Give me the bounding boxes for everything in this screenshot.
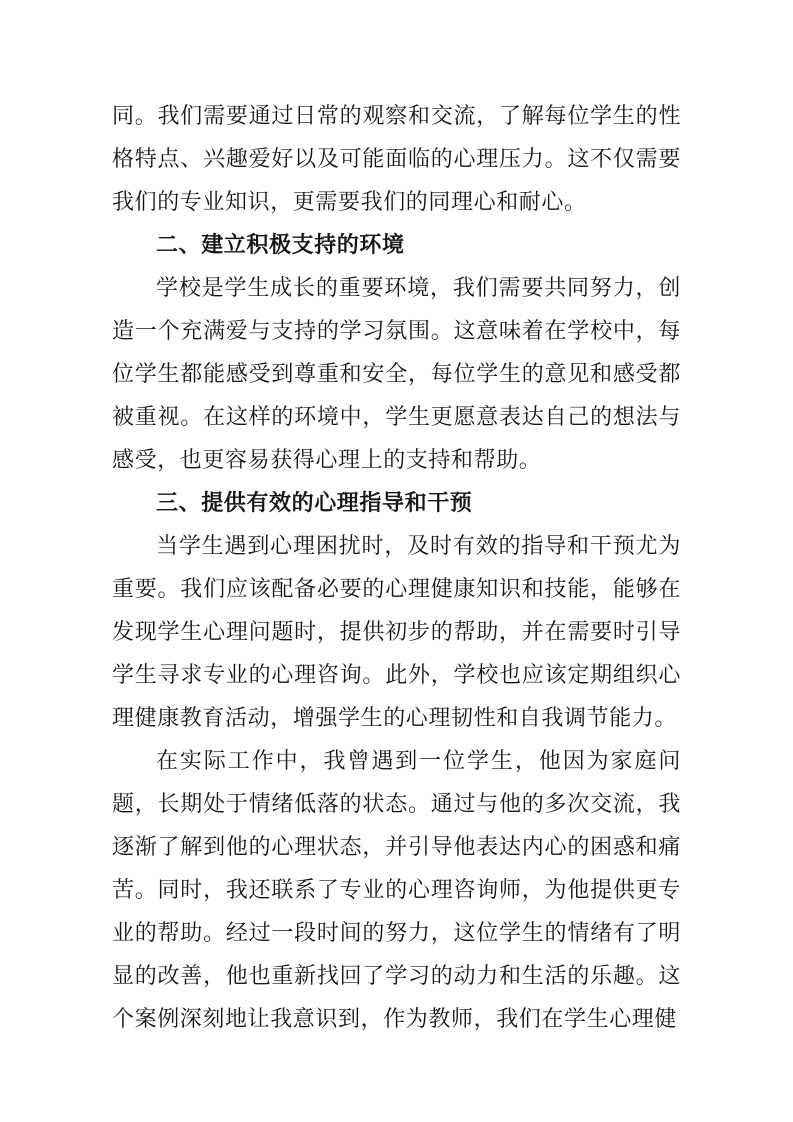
paragraph: 当学生遇到心理困扰时，及时有效的指导和干预尤为重要。我们应该配备必要的心理健康知… xyxy=(112,524,681,739)
document-body: 同。我们需要通过日常的观察和交流，了解每位学生的性格特点、兴趣爱好以及可能面临的… xyxy=(112,94,681,1040)
paragraph: 在实际工作中，我曾遇到一位学生，他因为家庭问题，长期处于情绪低落的状态。通过与他… xyxy=(112,739,681,1040)
paragraph: 同。我们需要通过日常的观察和交流，了解每位学生的性格特点、兴趣爱好以及可能面临的… xyxy=(112,94,681,223)
paragraph: 学校是学生成长的重要环境，我们需要共同努力，创造一个充满爱与支持的学习氛围。这意… xyxy=(112,266,681,481)
section-heading: 三、提供有效的心理指导和干预 xyxy=(112,481,681,524)
section-heading: 二、建立积极支持的环境 xyxy=(112,223,681,266)
document-page: 同。我们需要通过日常的观察和交流，了解每位学生的性格特点、兴趣爱好以及可能面临的… xyxy=(0,0,793,1122)
